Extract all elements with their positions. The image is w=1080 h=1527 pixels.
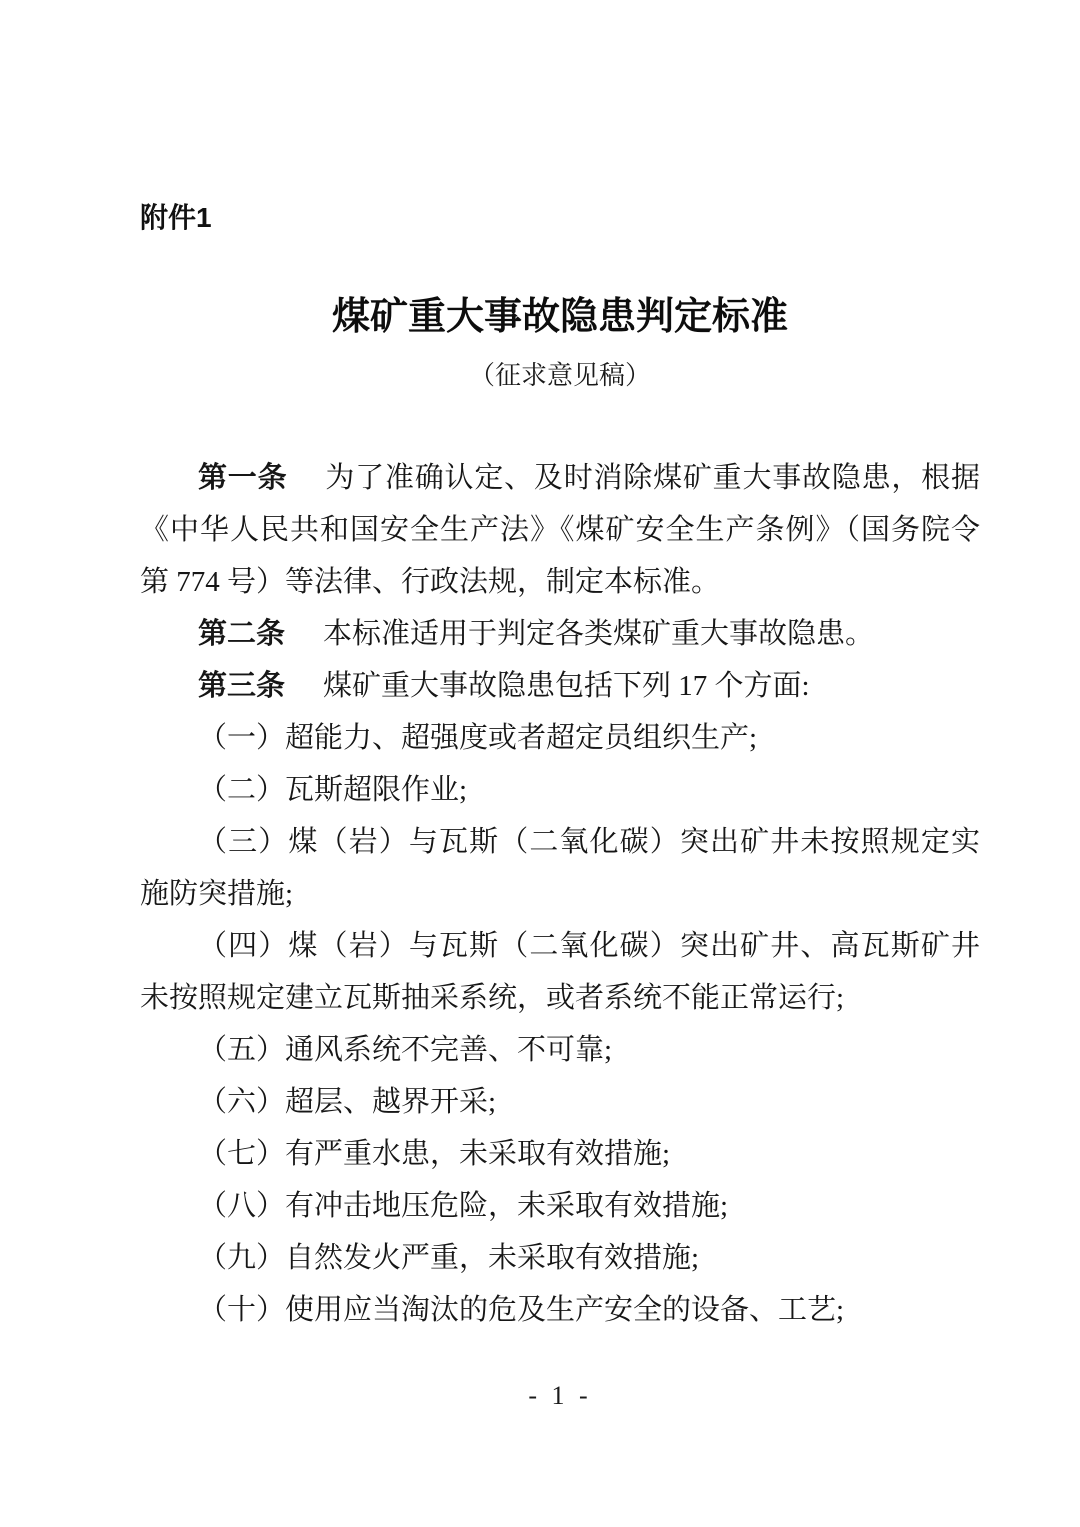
paragraph-text: （六）超层、越界开采;: [198, 1086, 496, 1118]
paragraph-text: （八）有冲击地压危险，未采取有效措施;: [198, 1190, 728, 1222]
paragraph-article-3: 第三条煤矿重大事故隐患包括下列 17 个方面:: [140, 660, 980, 712]
paragraph-text: （一）超能力、超强度或者超定员组织生产;: [198, 722, 757, 754]
document-body: 第一条为了准确认定、及时消除煤矿重大事故隐患，根据《中华人民共和国安全生产法》《…: [140, 452, 980, 1336]
article-number-label: 第二条: [198, 618, 285, 650]
article-number-label: 第三条: [198, 670, 285, 702]
list-item-8: （八）有冲击地压危险，未采取有效措施;: [140, 1180, 980, 1232]
article-number-label: 第一条: [198, 462, 287, 494]
attachment-label: 附件1: [140, 200, 980, 236]
paragraph-text: （七）有严重水患，未采取有效措施;: [198, 1138, 670, 1170]
page-number: - 1 -: [140, 1380, 980, 1412]
paragraph-text: （四）煤（岩）与瓦斯（二氧化碳）突出矿井、高瓦斯矿井未按照规定建立瓦斯抽采系统，…: [140, 930, 980, 1014]
list-item-6: （六）超层、越界开采;: [140, 1076, 980, 1128]
list-item-5: （五）通风系统不完善、不可靠;: [140, 1024, 980, 1076]
paragraph-text: 本标准适用于判定各类煤矿重大事故隐患。: [323, 618, 874, 650]
list-item-9: （九）自然发火严重，未采取有效措施;: [140, 1232, 980, 1284]
paragraph-text: （二）瓦斯超限作业;: [198, 774, 467, 806]
list-item-7: （七）有严重水患，未采取有效措施;: [140, 1128, 980, 1180]
document-subtitle: （征求意见稿）: [140, 362, 980, 390]
list-item-3: （三）煤（岩）与瓦斯（二氧化碳）突出矿井未按照规定实施防突措施;: [140, 816, 980, 920]
document-page: 附件1 煤矿重大事故隐患判定标准 （征求意见稿） 第一条为了准确认定、及时消除煤…: [0, 0, 1080, 1527]
list-item-4: （四）煤（岩）与瓦斯（二氧化碳）突出矿井、高瓦斯矿井未按照规定建立瓦斯抽采系统，…: [140, 920, 980, 1024]
paragraph-text: （五）通风系统不完善、不可靠;: [198, 1034, 612, 1066]
paragraph-text: （九）自然发火严重，未采取有效措施;: [198, 1242, 699, 1274]
list-item-10: （十）使用应当淘汰的危及生产安全的设备、工艺;: [140, 1284, 980, 1336]
paragraph-article-2: 第二条本标准适用于判定各类煤矿重大事故隐患。: [140, 608, 980, 660]
paragraph-text: （十）使用应当淘汰的危及生产安全的设备、工艺;: [198, 1294, 844, 1326]
document-title: 煤矿重大事故隐患判定标准: [140, 294, 980, 340]
list-item-1: （一）超能力、超强度或者超定员组织生产;: [140, 712, 980, 764]
paragraph-text: 煤矿重大事故隐患包括下列 17 个方面:: [323, 670, 810, 702]
list-item-2: （二）瓦斯超限作业;: [140, 764, 980, 816]
paragraph-text: （三）煤（岩）与瓦斯（二氧化碳）突出矿井未按照规定实施防突措施;: [140, 826, 980, 910]
paragraph-article-1: 第一条为了准确认定、及时消除煤矿重大事故隐患，根据《中华人民共和国安全生产法》《…: [140, 452, 980, 608]
